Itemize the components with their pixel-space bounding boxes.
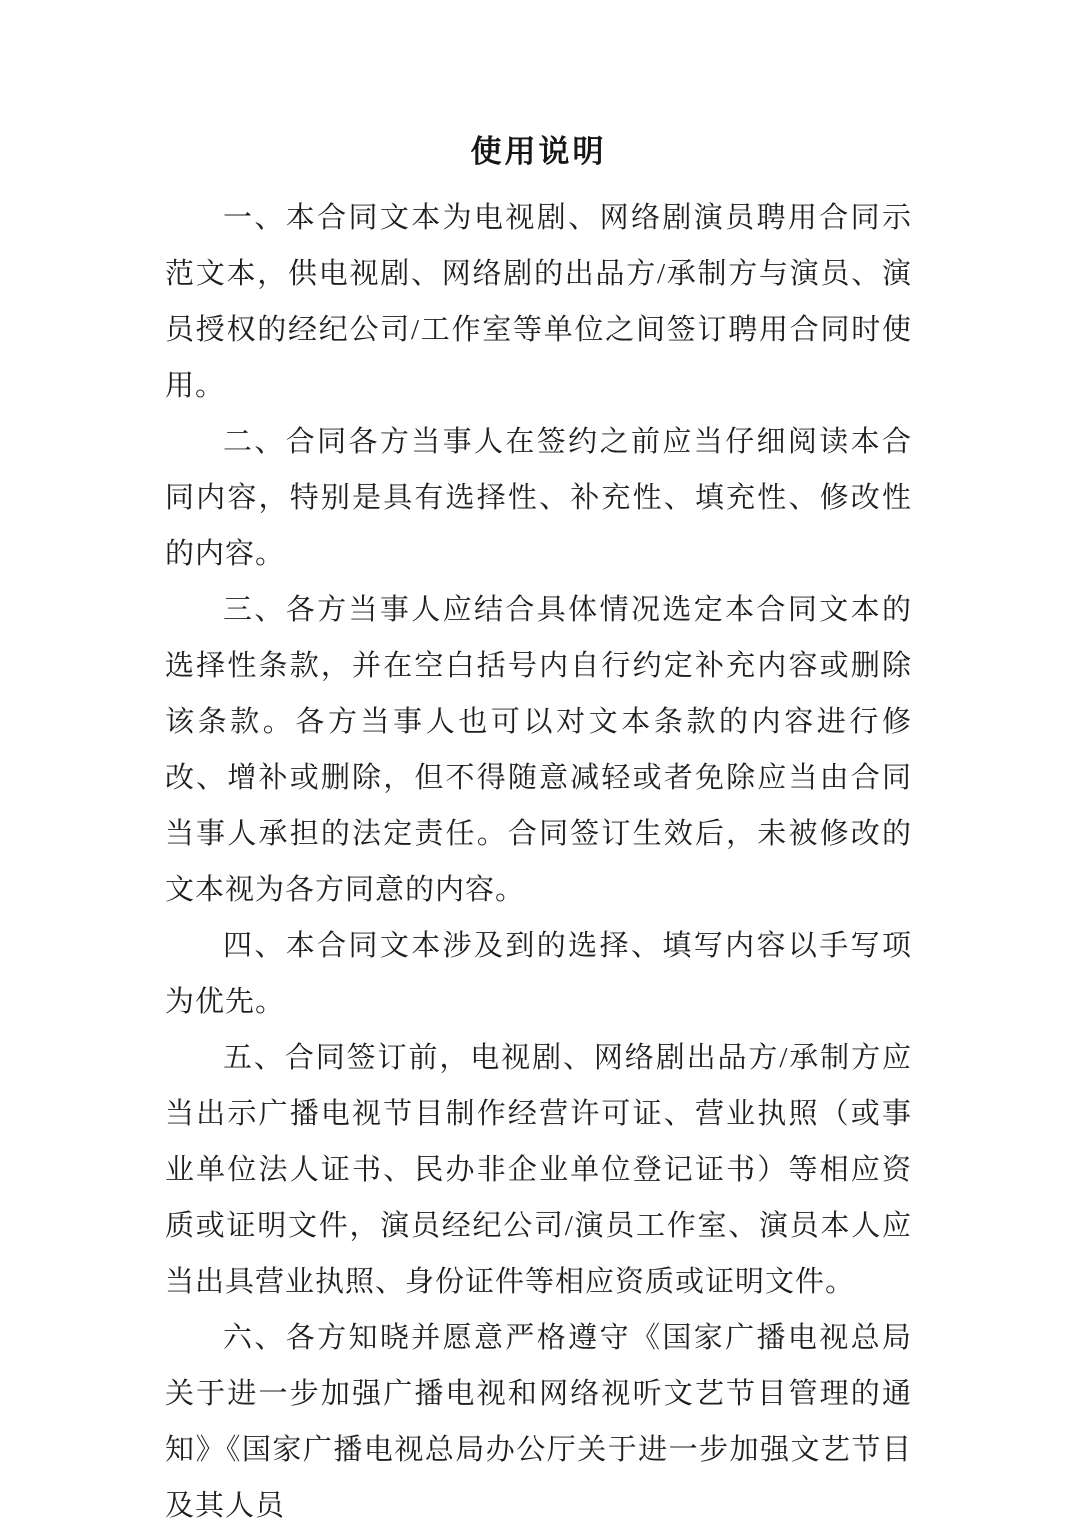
paragraph-3: 三、各方当事人应结合具体情况选定本合同文本的选择性条款，并在空白括号内自行约定补… [165,582,912,918]
paragraph-2: 二、合同各方当事人在签约之前应当仔细阅读本合同内容，特别是具有选择性、补充性、填… [165,414,912,582]
paragraph-1: 一、本合同文本为电视剧、网络剧演员聘用合同示范文本，供电视剧、网络剧的出品方/承… [165,190,912,414]
document-content: 使用说明 一、本合同文本为电视剧、网络剧演员聘用合同示范文本，供电视剧、网络剧的… [0,0,1080,1527]
document-body: 一、本合同文本为电视剧、网络剧演员聘用合同示范文本，供电视剧、网络剧的出品方/承… [165,190,912,1527]
paragraph-4: 四、本合同文本涉及到的选择、填写内容以手写项为优先。 [165,918,912,1030]
document-page: 使用说明 一、本合同文本为电视剧、网络剧演员聘用合同示范文本，供电视剧、网络剧的… [0,0,1080,1527]
paragraph-5: 五、合同签订前，电视剧、网络剧出品方/承制方应当出示广播电视节目制作经营许可证、… [165,1030,912,1310]
document-title: 使用说明 [165,132,912,172]
paragraph-6: 六、各方知晓并愿意严格遵守《国家广播电视总局关于进一步加强广播电视和网络视听文艺… [165,1310,912,1527]
